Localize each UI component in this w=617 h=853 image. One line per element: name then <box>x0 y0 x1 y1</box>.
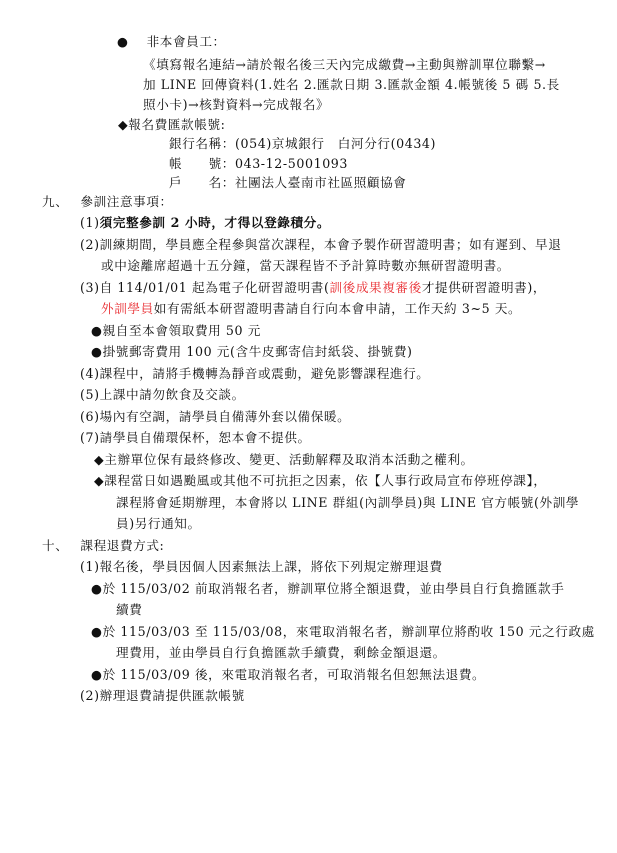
non-member-procedure-line-2: 加 LINE 回傳資料(1.姓名 2.匯款日期 3.匯款金額 4.帳號後 5 碼… <box>143 77 560 93</box>
typhoon-note-line-3: 員)另行通知。 <box>116 516 201 532</box>
non-member-title: 非本會員工： <box>147 34 226 49</box>
refund-rule-1-line-2: 續費 <box>116 602 142 618</box>
account-number-row: 帳 號：043-12-5001093 <box>169 156 348 172</box>
notice-item-1-bold-text: 須完整參訓 2 小時，才得以登錄積分。 <box>100 215 330 230</box>
section-9-number: 九、 <box>42 194 68 209</box>
external-trainee-red-text: 外訓學員 <box>101 301 154 316</box>
notice-item-3-line-2-text: 如有需紙本研習證明書請自行向本會申請，工作天約 3~5 天。 <box>154 301 521 316</box>
notice-item-6: (6)場內有空調，請學員自備薄外套以備保暖。 <box>80 409 350 425</box>
refund-rule-2-line-1: ●於 115/03/03 至 115/03/08，來電取消報名者，辦訓單位將酌收… <box>91 624 595 640</box>
fee-pickup: ●親自至本會領取費用 50 元 <box>91 323 261 339</box>
bank-name-row: 銀行名稱：(054)京城銀行 白河分行(0434) <box>169 136 436 152</box>
refund-rule-3: ●於 115/03/09 後，來電取消報名者，可取消報名但恕無法退費。 <box>91 667 485 683</box>
notice-item-5: (5)上課中請勿飲食及交談。 <box>80 387 245 403</box>
non-member-procedure-line-3: 照小卡)→核對資料→完成報名》 <box>143 97 329 113</box>
refund-rule-1-line-1: ●於 115/03/02 前取消報名者，辦訓單位將全額退費，並由學員自行負擔匯款… <box>91 581 564 597</box>
non-member-heading: ●非本會員工： <box>117 34 226 50</box>
notice-item-2-line-1: (2)訓練期間，學員應全程參與當次課程，本會予製作研習證明書；如有遲到、早退 <box>80 237 561 253</box>
notice-item-3-line-2: 外訓學員如有需紙本研習證明書請自行向本會申請，工作天約 3~5 天。 <box>101 301 521 317</box>
notice-item-3-text-end: 才提供研習證明書)， <box>422 280 546 295</box>
organizer-rights-note: ◆主辦單位保有最終修改、變更、活動解釋及取消本活動之權利。 <box>94 452 474 468</box>
section-10-heading: 十、課程退費方式: <box>42 538 164 554</box>
bullet-icon: ● <box>117 34 129 49</box>
typhoon-note-line-1: ◆課程當日如遇颱風或其他不可抗拒之因素，依【人事行政局宣布停班停課】， <box>94 473 547 489</box>
notice-item-1-prefix: (1) <box>80 215 100 230</box>
notice-item-4: (4)課程中，請將手機轉為靜音或震動，避免影響課程進行。 <box>80 366 429 382</box>
section-9-heading: 九、參訓注意事項： <box>42 194 173 210</box>
notice-item-7: (7)請學員自備環保杯，恕本會不提供。 <box>80 430 311 446</box>
refund-item-1: (1)報名後，學員因個人因素無法上課，將依下列規定辦理退費 <box>80 559 443 575</box>
notice-item-3-red-text: 訓後成果複審後 <box>329 280 421 295</box>
notice-item-1: (1)須完整參訓 2 小時，才得以登錄積分。 <box>80 215 330 231</box>
account-holder-value: 社團法人臺南市社區照顧協會 <box>235 175 407 190</box>
typhoon-note-line-2: 課程將會延期辦理，本會將以 LINE 群組(內訓學員)與 LINE 官方帳號(外… <box>116 495 579 511</box>
section-10-number: 十、 <box>42 538 68 553</box>
remittance-heading: ◆報名費匯款帳號: <box>118 117 225 133</box>
notice-item-2-line-2: 或中途離席超過十五分鐘，當天課程皆不予計算時數亦無研習證明書。 <box>101 258 510 274</box>
notice-item-3-text: (3)自 114/01/01 起為電子化研習證明書( <box>80 280 329 295</box>
notice-item-3-line-1: (3)自 114/01/01 起為電子化研習證明書(訓後成果複審後才提供研習證明… <box>80 280 546 296</box>
section-10-title: 課程退費方式: <box>80 538 164 553</box>
section-9-title: 參訓注意事項： <box>80 194 172 209</box>
account-number-value: 043-12-5001093 <box>235 156 348 171</box>
account-holder-row: 戶 名：社團法人臺南市社區照顧協會 <box>169 175 407 191</box>
account-number-label: 帳 號： <box>169 156 235 171</box>
account-holder-label: 戶 名： <box>169 175 235 190</box>
refund-item-2: (2)辦理退費請提供匯款帳號 <box>80 688 245 704</box>
fee-mail: ●掛號郵寄費用 100 元(含牛皮郵寄信封紙袋、掛號費) <box>91 344 413 360</box>
bank-name-value: (054)京城銀行 白河分行(0434) <box>235 136 436 151</box>
non-member-procedure-line-1: 《填寫報名連結→請於報名後三天內完成繳費→主動與辦訓單位聯繫→ <box>143 57 546 73</box>
bank-name-label: 銀行名稱： <box>169 136 235 151</box>
refund-rule-2-line-2: 理費用，並由學員自行負擔匯款手續費，剩餘金額退還。 <box>116 645 446 661</box>
